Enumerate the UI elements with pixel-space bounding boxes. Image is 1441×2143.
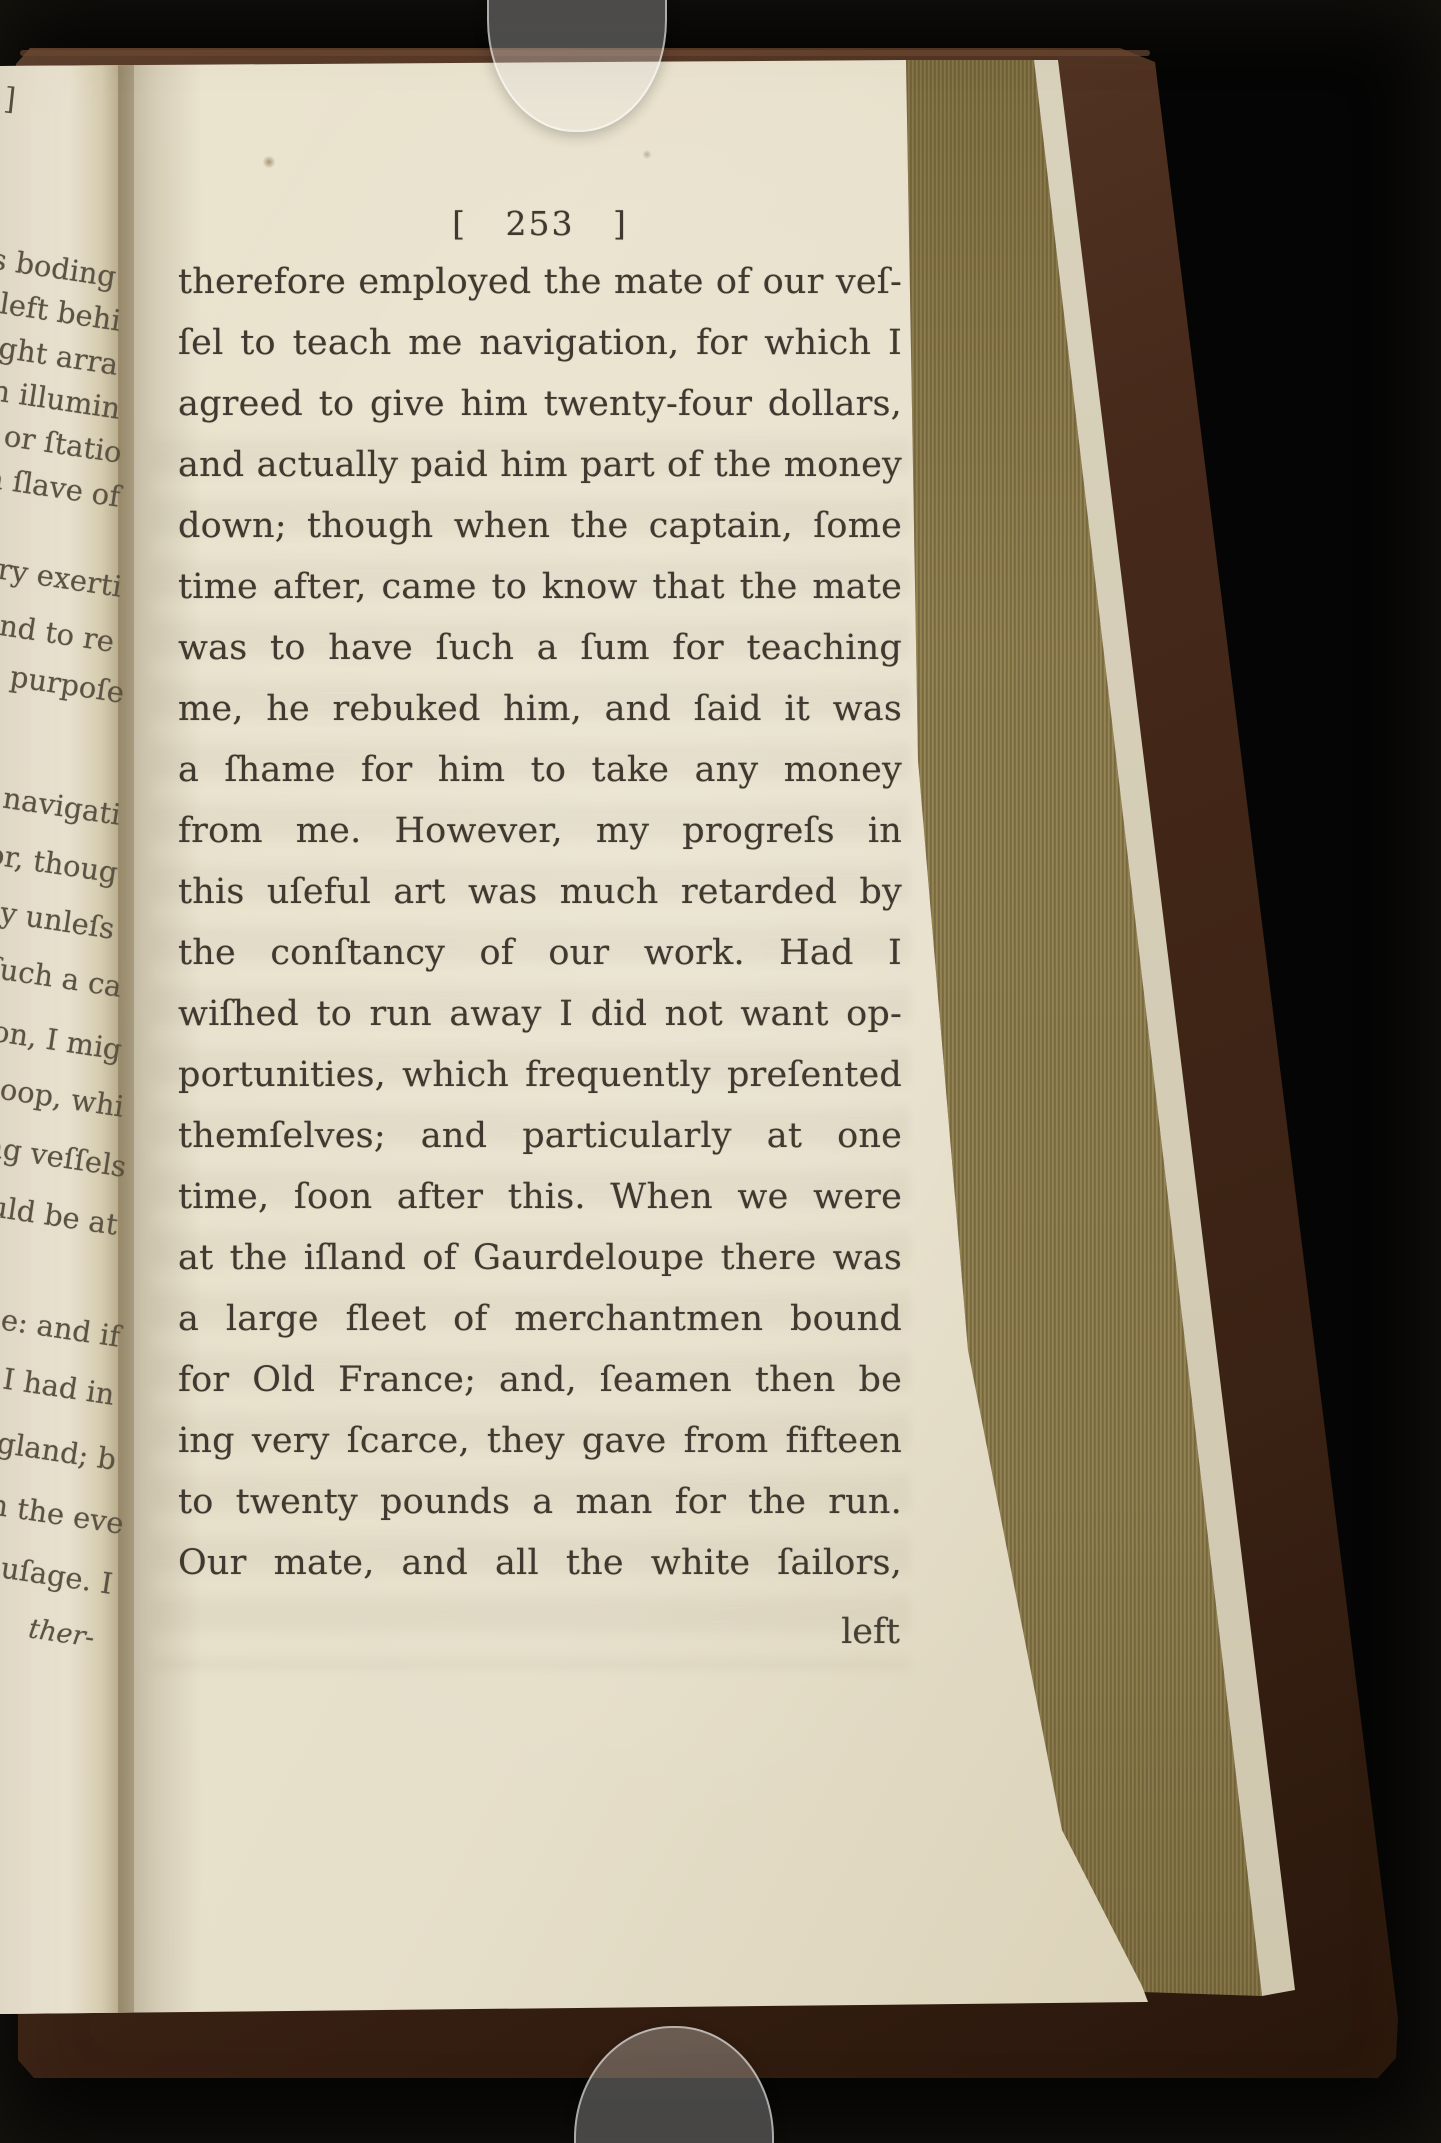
verso-fragment: gland; b: [0, 1425, 119, 1476]
verso-fragment: ing veſſels: [0, 1128, 129, 1184]
verso-fragment: f navigati: [0, 778, 123, 832]
body-line: time after, came to know that the mate: [178, 557, 902, 618]
verso-fragment: e: and if: [0, 1302, 123, 1353]
body-line: Our mate, and all the white ſailors,: [178, 1533, 902, 1594]
body-line: a large fleet of merchantmen bound: [178, 1289, 902, 1350]
verso-fragment: I had in: [0, 1362, 116, 1412]
body-line: from me. However, my progreſs in: [178, 801, 902, 862]
verso-catchword-fragment: ther-: [26, 1613, 96, 1653]
book-photograph: ] xious boding s I left behi bright arra…: [0, 0, 1441, 2143]
catchword: left: [808, 1612, 900, 1652]
body-line: the conſtancy of our work. Had I: [178, 923, 902, 984]
body-line: for Old France; and, ſeamen then be: [178, 1350, 902, 1411]
body-line: at the iſland of Gaurdeloupe there was: [178, 1228, 902, 1289]
verso-fragment: and to re: [0, 606, 117, 659]
page-number-header: [ 253 ]: [178, 204, 902, 243]
verso-fragment: uld be at: [0, 1189, 121, 1242]
body-line: time, ſoon after this. When we were: [178, 1167, 902, 1228]
body-line: themſelves; and particularly at one: [178, 1106, 902, 1167]
verso-page-curled-edge: ] xious boding s I left behi bright arra…: [0, 58, 134, 2016]
verso-fragment: ſuch a ca: [0, 950, 125, 1003]
verso-header-bracket-fragment: ]: [2, 81, 17, 117]
verso-fragment: ſloop, whi: [0, 1069, 127, 1124]
body-line: to twenty pounds a man for the run.: [178, 1472, 902, 1533]
verso-fragment: every exerti: [0, 544, 125, 604]
body-line: this uſeful art was much retarded by: [178, 862, 902, 923]
body-line: was to have ſuch a ſum for teaching: [178, 618, 902, 679]
verso-fragment: xious boding: [0, 233, 119, 294]
body-line: me, he rebuked him, and ſaid it was: [178, 679, 902, 740]
body-line: a ſhame for him to take any money: [178, 740, 902, 801]
verso-fragment: ay unleſs: [0, 893, 117, 946]
body-line: therefore employed the mate of our veſ-: [178, 252, 902, 313]
verso-fragment: uſage. I: [0, 1551, 115, 1601]
verso-fragment: on, I mig: [0, 1014, 125, 1067]
body-line: agreed to give him twenty-four dollars,: [178, 374, 902, 435]
body-line: and actually paid him part of the money: [178, 435, 902, 496]
verso-fragment: or, thoug: [0, 837, 121, 890]
body-line: ſel to teach me navigation, for which I: [178, 313, 902, 374]
body-line: down; though when the captain, ſome: [178, 496, 902, 557]
fox-spot: [642, 150, 652, 159]
body-line: wiſhed to run away I did not want op-: [178, 984, 902, 1045]
verso-fragment: his purpoſe: [0, 651, 127, 709]
body-line: portunities, which frequently preſented: [178, 1045, 902, 1106]
body-text-block: therefore employed the mate of our veſ- …: [178, 252, 902, 1594]
verso-fragment: in the eve: [0, 1486, 127, 1541]
fox-spot: [262, 156, 276, 168]
body-line: ing very ſcarce, they gave from fifteen: [178, 1411, 902, 1472]
